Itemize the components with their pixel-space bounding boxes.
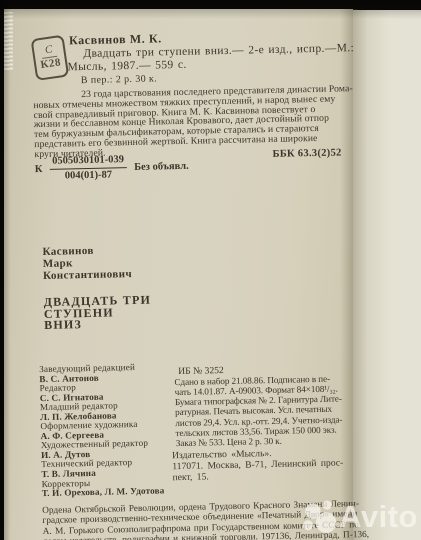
catalog-note: Без объявл. [134, 161, 189, 173]
library-stamp: С К28 [31, 35, 70, 81]
title-line: ВНИЗ [44, 318, 152, 332]
bbk-index: ББК 63.3(2)52 [272, 147, 341, 160]
staff-name: Т. И. Орехова, Л. М. Удотова [42, 487, 165, 499]
catalog-index: К 0505030101-039 004(01)-87 Без объявл. [35, 154, 189, 182]
catalog-denominator: 004(01)-87 [49, 168, 127, 182]
avito-watermark-label: Avito [339, 501, 418, 532]
binding-price: В пер.: 2 р. 30 к. [81, 73, 158, 86]
bibliographic-title-line-2: Мысль, 1987.— 559 с. [67, 59, 186, 74]
catalog-fraction: 0505030101-039 004(01)-87 [49, 155, 127, 182]
catalog-letter: К [35, 164, 43, 175]
author-name-block: Касвинов Марк Константинович [42, 244, 132, 283]
author-patronymic: Константинович [43, 268, 132, 282]
avito-watermark: Avito [302, 499, 418, 534]
imprint-page-content: С К28 Касвинов М. К. Двадцать три ступен… [0, 5, 359, 540]
book-photo: С К28 Касвинов М. К. Двадцать три ступен… [0, 0, 421, 540]
book-title-block: ДВАДЦАТЬ ТРИ СТУПЕНИ ВНИЗ [44, 295, 152, 332]
publisher-line: пект, 15. [172, 469, 343, 484]
publisher-address: Издательство «Мысль». 117071. Москва, В-… [172, 447, 344, 483]
printing-details-paragraph: Сдано в набор 21.08.86. Подписано в пе- … [174, 374, 343, 449]
avito-logo-icon [302, 499, 337, 534]
book-fore-edge [353, 10, 421, 540]
editorial-staff-list: Заведующий редакцией В. С. Антонов Редак… [39, 362, 165, 498]
stamp-classification-code: К28 [40, 56, 62, 72]
